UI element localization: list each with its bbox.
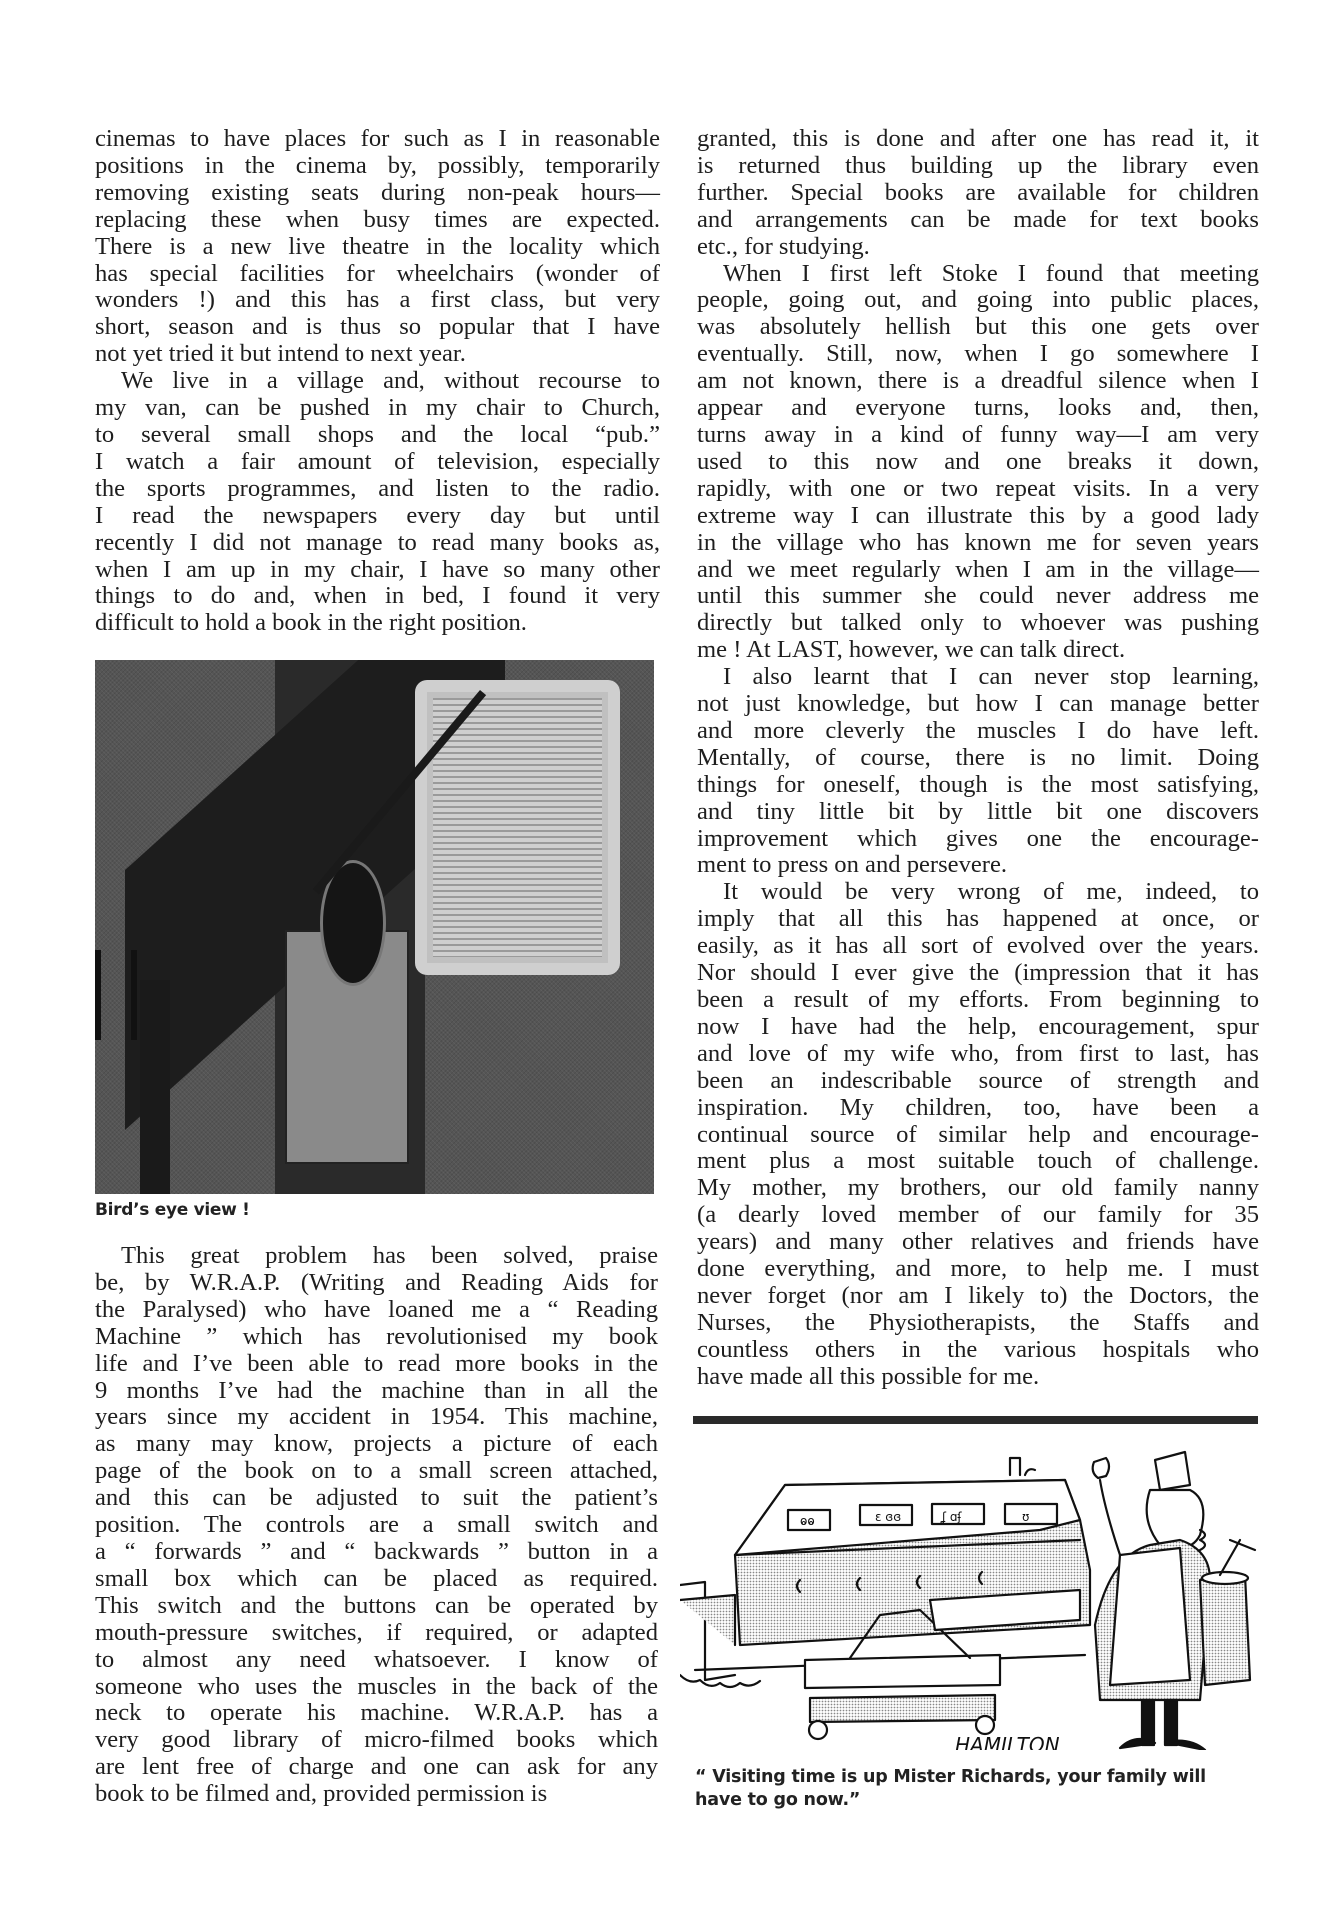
text-line: not yet tried it but intend to next year…: [95, 341, 660, 368]
text-line: removing existing seats during non-peak …: [95, 180, 660, 207]
paragraph: I also learnt that I can never stop lear…: [697, 664, 1259, 879]
text-line: and this can be adjusted to suit the pat…: [95, 1485, 658, 1512]
reading-machine-photo: [95, 660, 654, 1194]
text-line: not just knowledge, but how I can manage…: [697, 691, 1259, 718]
section-divider: [693, 1416, 1258, 1424]
text-line: to several small shops and the local “pu…: [95, 422, 660, 449]
text-line: and tiny little bit by little bit one di…: [697, 799, 1259, 826]
text-line: cinemas to have places for such as I in …: [95, 126, 660, 153]
text-line: Mentally, of course, there is no limit. …: [697, 745, 1259, 772]
text-line: page of the book on to a small screen at…: [95, 1458, 658, 1485]
text-line: book to be filmed and, provided permissi…: [95, 1781, 658, 1808]
text-line: a “ forwards ” and “ backwards ” button …: [95, 1539, 658, 1566]
text-line: and arrangements can be made for text bo…: [697, 207, 1259, 234]
svg-text:ɛ ɞɞ: ɛ ɞɞ: [875, 1510, 901, 1524]
cartoon-caption: “ Visiting time is up Mister Richards, y…: [695, 1766, 1255, 1812]
text-line: replacing these when busy times are expe…: [95, 207, 660, 234]
text-line: imply that all this has happened at once…: [697, 906, 1259, 933]
text-line: years since my accident in 1954. This ma…: [95, 1404, 658, 1431]
text-line: ment plus a most suitable touch of chall…: [697, 1148, 1259, 1175]
text-line: Nor should I ever give the (impression t…: [697, 960, 1259, 987]
paragraph: This great problem has been solved, prai…: [95, 1243, 658, 1808]
paragraph: granted, this is done and after one has …: [697, 126, 1259, 261]
text-line: my van, can be pushed in my chair to Chu…: [95, 395, 660, 422]
paragraph: We live in a village and, without recour…: [95, 368, 660, 637]
text-line: be, by W.R.A.P. (Writing and Reading Aid…: [95, 1270, 658, 1297]
text-line: granted, this is done and after one has …: [697, 126, 1259, 153]
left-column-top: cinemas to have places for such as I in …: [95, 126, 660, 637]
cartoonist-signature: HAMILTON: [955, 1733, 1060, 1750]
text-line: as many may know, projects a picture of …: [95, 1431, 658, 1458]
text-line: 9 months I’ve had the machine than in al…: [95, 1378, 658, 1405]
text-line: was absolutely hellish but this one gets…: [697, 314, 1259, 341]
text-line: turns away in a kind of funny way—I am v…: [697, 422, 1259, 449]
text-line: small box which can be placed as require…: [95, 1566, 658, 1593]
text-line: This great problem has been solved, prai…: [95, 1243, 658, 1270]
text-line: Nurses, the Physiotherapists, the Staffs…: [697, 1310, 1259, 1337]
text-line: am not known, there is a dreadful silenc…: [697, 368, 1259, 395]
svg-text:ʊ: ʊ: [1022, 1510, 1029, 1524]
text-line: extreme way I can illustrate this by a g…: [697, 503, 1259, 530]
text-line: I read the newspapers every day but unti…: [95, 503, 660, 530]
text-line: I watch a fair amount of television, esp…: [95, 449, 660, 476]
photo-knob: [95, 950, 137, 1040]
text-line: continual source of similar help and enc…: [697, 1122, 1259, 1149]
text-line: and more cleverly the muscles I do have …: [697, 718, 1259, 745]
text-line: recently I did not manage to read many b…: [95, 530, 660, 557]
text-line: used to this now and one breaks it down,: [697, 449, 1259, 476]
text-line: someone who uses the muscles in the back…: [95, 1674, 658, 1701]
text-line: My mother, my brothers, our old family n…: [697, 1175, 1259, 1202]
text-line: improvement which gives one the encourag…: [697, 826, 1259, 853]
text-line: countless others in the various hospital…: [697, 1337, 1259, 1364]
hamilton-cartoon-illustration: ⱺⱺ ɛ ɞɞ ʆ ɑʄ ʊ HAMILTON: [680, 1430, 1280, 1750]
text-line: mouth-pressure switches, if required, or…: [95, 1620, 658, 1647]
text-line: have made all this possible for me.: [697, 1364, 1259, 1391]
text-line: been an indescribable source of strength…: [697, 1068, 1259, 1095]
text-line: ment to press on and persevere.: [697, 852, 1259, 879]
left-column-bottom: This great problem has been solved, prai…: [95, 1243, 658, 1808]
photo-stand: [140, 980, 170, 1194]
projection-screen: [415, 680, 620, 975]
text-line: eventually. Still, now, when I go somewh…: [697, 341, 1259, 368]
text-line: never forget (nor am I likely to) the Do…: [697, 1283, 1259, 1310]
text-line: and love of my wife who, from first to l…: [697, 1041, 1259, 1068]
text-line: and we meet regularly when I am in the v…: [697, 557, 1259, 584]
text-line: further. Special books are available for…: [697, 180, 1259, 207]
text-line: now I have had the help, encouragement, …: [697, 1014, 1259, 1041]
text-line: me ! At LAST, however, we can talk direc…: [697, 637, 1259, 664]
text-line: This switch and the buttons can be opera…: [95, 1593, 658, 1620]
text-line: to almost any need whatsoever. I know of: [95, 1647, 658, 1674]
text-line: people, going out, and going into public…: [697, 287, 1259, 314]
text-line: We live in a village and, without recour…: [95, 368, 660, 395]
text-line: rapidly, with one or two repeat visits. …: [697, 476, 1259, 503]
text-line: etc., for studying.: [697, 234, 1259, 261]
text-line: the Paralysed) who have loaned me a “ Re…: [95, 1297, 658, 1324]
text-line: when I am up in my chair, I have so many…: [95, 557, 660, 584]
text-line: positions in the cinema by, possibly, te…: [95, 153, 660, 180]
text-line: difficult to hold a book in the right po…: [95, 610, 660, 637]
text-line: position. The controls are a small switc…: [95, 1512, 658, 1539]
text-line: has special facilities for wheelchairs (…: [95, 261, 660, 288]
text-line: wonders !) and this has a first class, b…: [95, 287, 660, 314]
text-line: neck to operate his machine. W.R.A.P. ha…: [95, 1700, 658, 1727]
text-line: been a result of my efforts. From beginn…: [697, 987, 1259, 1014]
text-line: until this summer she could never addres…: [697, 583, 1259, 610]
text-line: directly but talked only to whoever was …: [697, 610, 1259, 637]
text-line: years) and many other relatives and frie…: [697, 1229, 1259, 1256]
text-line: short, season and is thus so popular tha…: [95, 314, 660, 341]
text-line: appear and everyone turns, looks and, th…: [697, 395, 1259, 422]
text-line: things to do and, when in bed, I found i…: [95, 583, 660, 610]
svg-text:ʆ ɑʄ: ʆ ɑʄ: [940, 1510, 962, 1524]
text-line: I also learnt that I can never stop lear…: [697, 664, 1259, 691]
text-line: things for oneself, though is the most s…: [697, 772, 1259, 799]
text-line: When I first left Stoke I found that mee…: [697, 261, 1259, 288]
paragraph: When I first left Stoke I found that mee…: [697, 261, 1259, 665]
right-column: granted, this is done and after one has …: [697, 126, 1259, 1391]
text-line: There is a new live theatre in the local…: [95, 234, 660, 261]
text-line: is returned thus building up the library…: [697, 153, 1259, 180]
svg-text:ⱺⱺ: ⱺⱺ: [800, 1514, 815, 1528]
text-line: the sports programmes, and listen to the…: [95, 476, 660, 503]
text-line: (a dearly loved member of our family for…: [697, 1202, 1259, 1229]
text-line: done everything, and more, to help me. I…: [697, 1256, 1259, 1283]
paragraph: cinemas to have places for such as I in …: [95, 126, 660, 368]
text-line: in the village who has known me for seve…: [697, 530, 1259, 557]
text-line: inspiration. My children, too, have been…: [697, 1095, 1259, 1122]
text-line: It would be very wrong of me, indeed, to: [697, 879, 1259, 906]
text-line: Machine ” which has revolutionised my bo…: [95, 1324, 658, 1351]
text-line: easily, as it has all sort of evolved ov…: [697, 933, 1259, 960]
paragraph: It would be very wrong of me, indeed, to…: [697, 879, 1259, 1390]
text-line: very good library of micro-filmed books …: [95, 1727, 658, 1754]
photo-caption: Bird’s eye view !: [95, 1200, 250, 1220]
text-line: are lent free of charge and one can ask …: [95, 1754, 658, 1781]
text-line: life and I’ve been able to read more boo…: [95, 1351, 658, 1378]
